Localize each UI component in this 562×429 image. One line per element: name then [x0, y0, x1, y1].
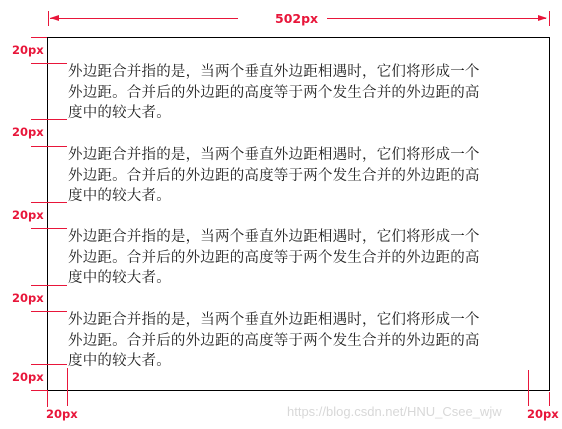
margin-tick — [31, 37, 47, 38]
paragraph-line: 外边距合并指的是，当两个垂直外边距相遇时，它们将形成一个 — [68, 310, 528, 331]
arrow-right-icon — [538, 15, 547, 21]
margin-tick — [31, 364, 67, 365]
margin-tick — [31, 63, 67, 64]
paragraph-line: 度中的较大者。 — [68, 103, 528, 124]
width-line-left — [50, 18, 238, 19]
width-label: 502px — [275, 13, 318, 25]
paragraph-line: 度中的较大者。 — [68, 186, 528, 207]
paragraph-line: 外边距。合并后的外边距的高度等于两个发生合并的外边距的高 — [68, 331, 528, 352]
margin-tick — [31, 311, 67, 312]
paragraph-3: 外边距合并指的是，当两个垂直外边距相遇时，它们将形成一个 外边距。合并后的外边距… — [68, 227, 528, 289]
margin-tick-vertical — [67, 368, 68, 406]
margin-label-collapsed-2: 20px — [12, 209, 44, 221]
paragraph-4: 外边距合并指的是，当两个垂直外边距相遇时，它们将形成一个 外边距。合并后的外边距… — [68, 310, 528, 372]
width-line-right — [327, 18, 546, 19]
paragraph-line: 度中的较大者。 — [68, 268, 528, 289]
margin-label-right-padding: 20px — [527, 408, 559, 420]
margin-tick — [31, 228, 67, 229]
margin-tick-vertical — [528, 370, 529, 406]
width-tick-left — [48, 11, 49, 26]
paragraph-line: 外边距。合并后的外边距的高度等于两个发生合并的外边距的高 — [68, 83, 528, 104]
margin-label-collapsed-3: 20px — [12, 292, 44, 304]
paragraph-line: 外边距。合并后的外边距的高度等于两个发生合并的外边距的高 — [68, 248, 528, 269]
paragraph-line: 外边距合并指的是，当两个垂直外边距相遇时，它们将形成一个 — [68, 145, 528, 166]
margin-label-top: 20px — [12, 44, 44, 56]
paragraph-line: 外边距合并指的是，当两个垂直外边距相遇时，它们将形成一个 — [68, 227, 528, 248]
margin-tick — [31, 119, 67, 120]
margin-tick-vertical — [549, 392, 550, 406]
watermark: https://blog.csdn.net/HNU_Csee_wjw — [287, 404, 502, 419]
arrow-left-icon — [50, 15, 59, 21]
margin-tick — [31, 202, 67, 203]
margin-tick — [31, 390, 47, 391]
margin-tick — [31, 146, 67, 147]
paragraph-line: 外边距。合并后的外边距的高度等于两个发生合并的外边距的高 — [68, 166, 528, 187]
paragraph-1: 外边距合并指的是，当两个垂直外边距相遇时，它们将形成一个 外边距。合并后的外边距… — [68, 62, 528, 124]
margin-label-left-padding: 20px — [46, 408, 78, 420]
margin-label-bottom: 20px — [12, 371, 44, 383]
paragraph-2: 外边距合并指的是，当两个垂直外边距相遇时，它们将形成一个 外边距。合并后的外边距… — [68, 145, 528, 207]
margin-tick-vertical — [47, 390, 48, 407]
paragraph-line: 外边距合并指的是，当两个垂直外边距相遇时，它们将形成一个 — [68, 62, 528, 83]
margin-label-collapsed-1: 20px — [12, 126, 44, 138]
width-tick-right — [549, 11, 550, 26]
margin-tick — [31, 285, 67, 286]
paragraph-line: 度中的较大者。 — [68, 351, 528, 372]
